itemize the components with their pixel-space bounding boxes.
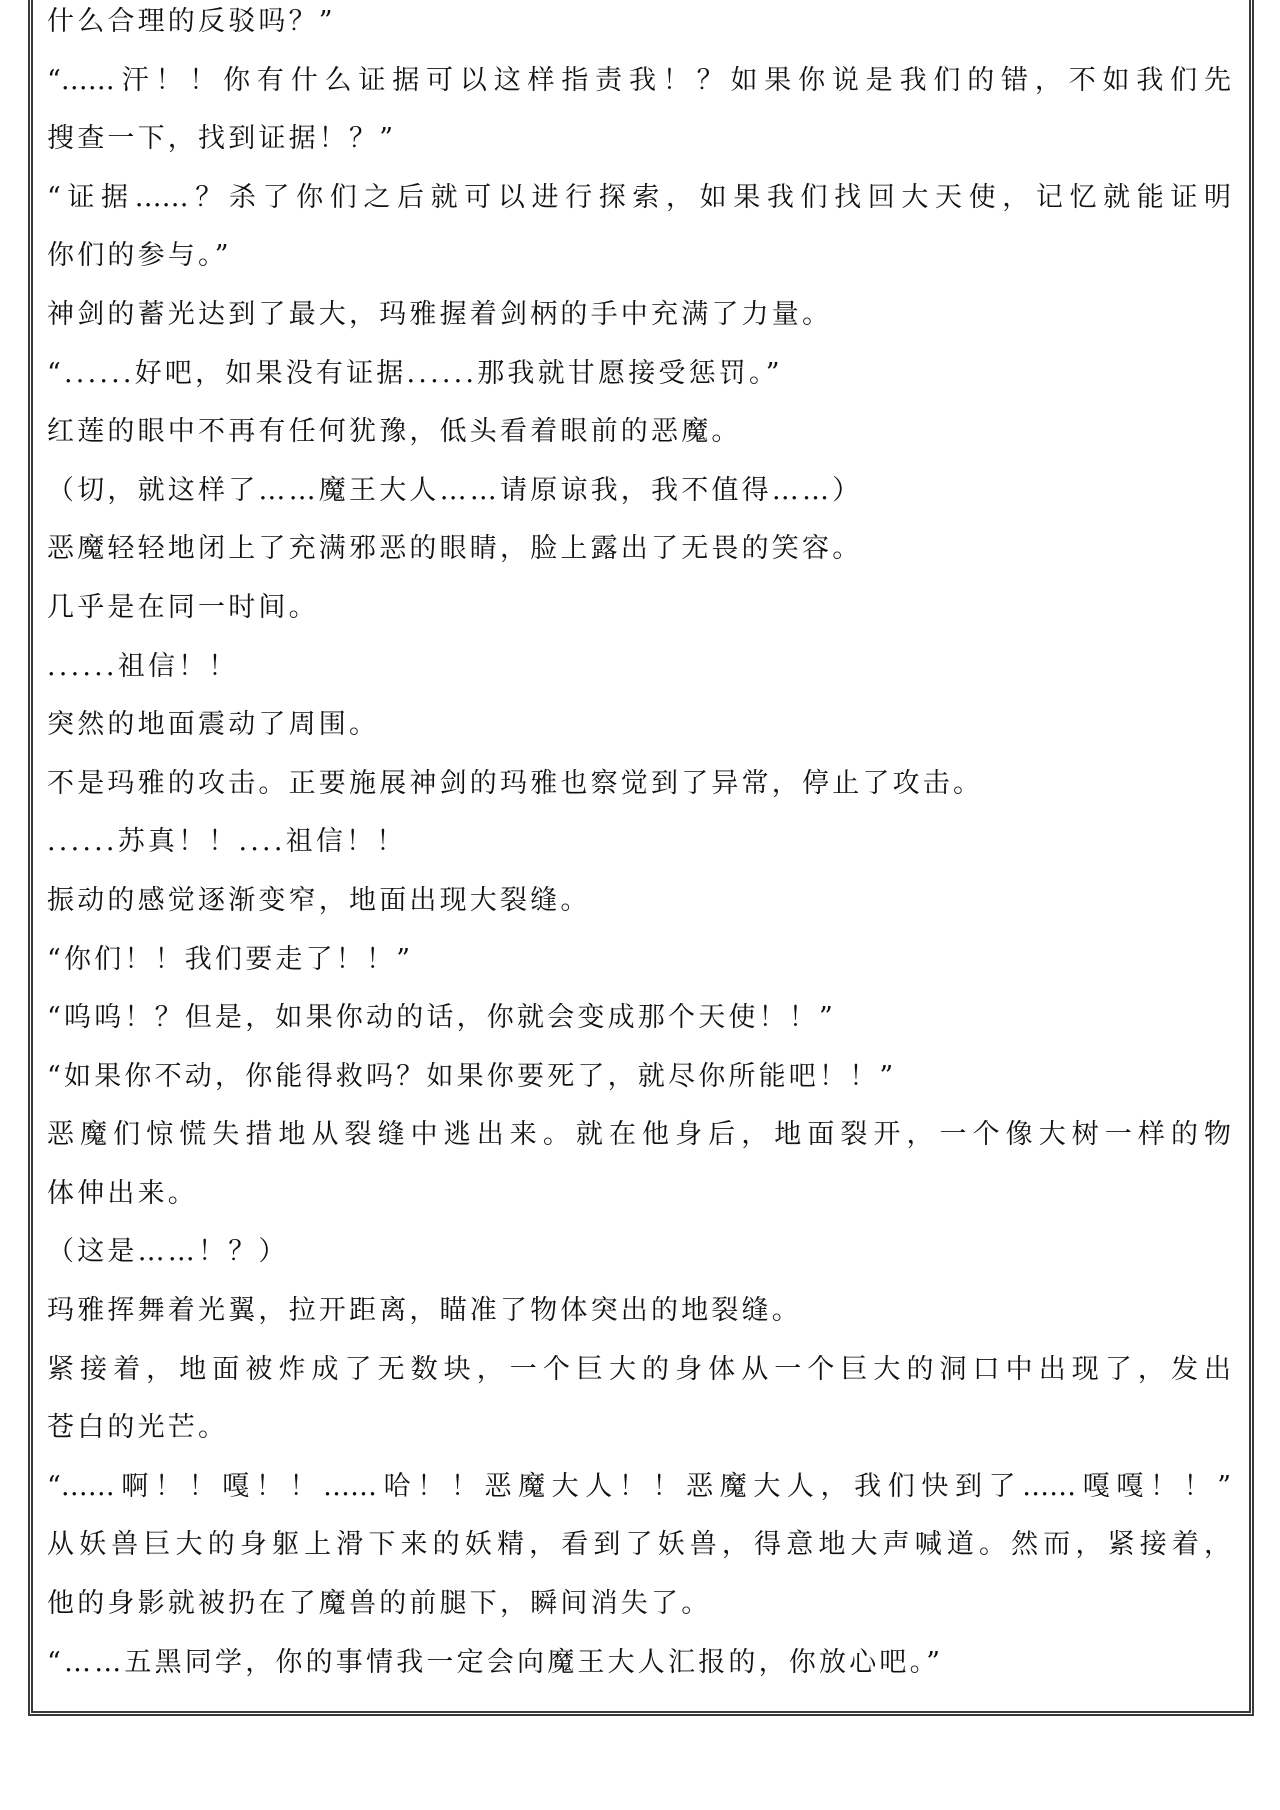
text-line: 紧接着，地面被炸成了无数块，一个巨大的身体从一个巨大的洞口中出现了，发出: [47, 1348, 1231, 1407]
text-line: “……汗！！你有什么证据可以这样指责我！？如果你说是我们的错，不如我们先: [47, 59, 1231, 118]
text-line: 振动的感觉逐渐变窄，地面出现大裂缝。: [47, 879, 1231, 938]
text-line: ......祖信！！: [47, 645, 1231, 704]
text-line: 恶魔们惊慌失措地从裂缝中逃出来。就在他身后，地面裂开，一个像大树一样的物: [47, 1113, 1231, 1172]
text-line: “呜呜！？但是，如果你动的话，你就会变成那个天使！！”: [47, 996, 1231, 1055]
text-line: （这是……！？）: [47, 1230, 1231, 1289]
text-line: “……五黑同学，你的事情我一定会向魔王大人汇报的，你放心吧。”: [47, 1641, 1231, 1700]
text-line: （切，就这样了……魔王大人……请原谅我，我不值得……）: [47, 469, 1231, 528]
text-line: ......苏真！！....祖信！！: [47, 820, 1231, 879]
text-line: “如果你不动，你能得救吗？如果你要死了，就尽你所能吧！！”: [47, 1055, 1231, 1114]
text-line: “证据……？杀了你们之后就可以进行探索，如果我们找回大天使，记忆就能证明: [47, 176, 1231, 235]
text-line: 几乎是在同一时间。: [47, 586, 1231, 645]
text-line: 搜查一下，找到证据！？”: [47, 117, 1231, 176]
text-line: 神剑的蓄光达到了最大，玛雅握着剑柄的手中充满了力量。: [47, 293, 1231, 352]
text-line: 不是玛雅的攻击。正要施展神剑的玛雅也察觉到了异常，停止了攻击。: [47, 762, 1231, 821]
text-line: 你们的参与。”: [47, 234, 1231, 293]
text-line: 苍白的光芒。: [47, 1406, 1231, 1465]
text-line: 从妖兽巨大的身躯上滑下来的妖精，看到了妖兽，得意地大声喊道。然而，紧接着，: [47, 1523, 1231, 1582]
text-line: 突然的地面震动了周围。: [47, 703, 1231, 762]
text-line: 什么合理的反驳吗？”: [47, 0, 1231, 59]
text-line: 体伸出来。: [47, 1172, 1231, 1231]
text-line: “你们！！我们要走了！！”: [47, 938, 1231, 997]
text-line: 他的身影就被扔在了魔兽的前腿下，瞬间消失了。: [47, 1582, 1231, 1641]
text-line: “……啊！！嘎！！……哈！！恶魔大人！！恶魔大人，我们快到了……嘎嘎！！”: [47, 1465, 1231, 1524]
text-line: 恶魔轻轻地闭上了充满邪恶的眼睛，脸上露出了无畏的笑容。: [47, 527, 1231, 586]
text-line: 玛雅挥舞着光翼，拉开距离，瞄准了物体突出的地裂缝。: [47, 1289, 1231, 1348]
document-text-body: 什么合理的反驳吗？” “……汗！！你有什么证据可以这样指责我！？如果你说是我们的…: [47, 0, 1231, 1699]
text-line: 红莲的眼中不再有任何犹豫，低头看着眼前的恶魔。: [47, 410, 1231, 469]
text-line: “......好吧，如果没有证据......那我就甘愿接受惩罚。”: [47, 352, 1231, 411]
